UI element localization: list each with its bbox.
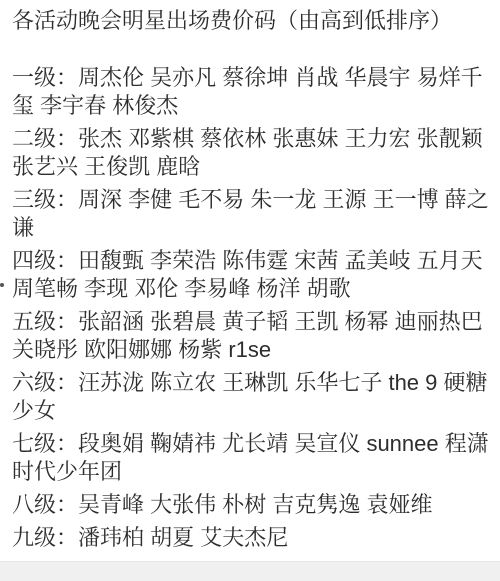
page-title: 各活动晚会明星出场费价码（由高到低排序） — [12, 6, 490, 36]
footer-band — [0, 561, 500, 581]
tier-line-一级: 一级：周杰伦 吴亦凡 蔡徐坤 肖战 华晨宇 易烊千玺 李宇春 林俊杰 — [12, 64, 490, 120]
text-content: 各活动晚会明星出场费价码（由高到低排序） 一级：周杰伦 吴亦凡 蔡徐坤 肖战 华… — [0, 0, 500, 552]
tier-line-七级: 七级：段奥娟 鞠婧祎 尤长靖 吴宣仪 sunnee 程潇 时代少年团 — [12, 430, 490, 486]
document-page: 各活动晚会明星出场费价码（由高到低排序） 一级：周杰伦 吴亦凡 蔡徐坤 肖战 华… — [0, 0, 500, 581]
tier-line-三级: 三级：周深 李健 毛不易 朱一龙 王源 王一博 薛之谦 — [12, 186, 490, 242]
tier-line-九级: 九级：潘玮柏 胡夏 艾夫杰尼 — [12, 524, 490, 552]
tier-line-五级: 五级：张韶涵 张碧晨 黄子韬 王凯 杨幂 迪丽热巴 关晓彤 欧阳娜娜 杨紫 r1… — [12, 308, 490, 364]
tier-line-六级: 六级：汪苏泷 陈立农 王琳凯 乐华七子 the 9 硬糖少女 — [12, 369, 490, 425]
tier-line-四级: 四级：田馥甄 李荣浩 陈伟霆 宋茜 孟美岐 五月天 周笔畅 李现 邓伦 李易峰 … — [12, 247, 490, 303]
tier-list: 一级：周杰伦 吴亦凡 蔡徐坤 肖战 华晨宇 易烊千玺 李宇春 林俊杰二级：张杰 … — [12, 64, 490, 552]
tier-line-八级: 八级：吴青峰 大张伟 朴树 吉克隽逸 袁娅维 — [12, 491, 490, 519]
tier-line-二级: 二级：张杰 邓紫棋 蔡依林 张惠妹 王力宏 张靓颖 张艺兴 王俊凯 鹿晗 — [12, 125, 490, 181]
stray-dot-artifact — [0, 283, 4, 287]
